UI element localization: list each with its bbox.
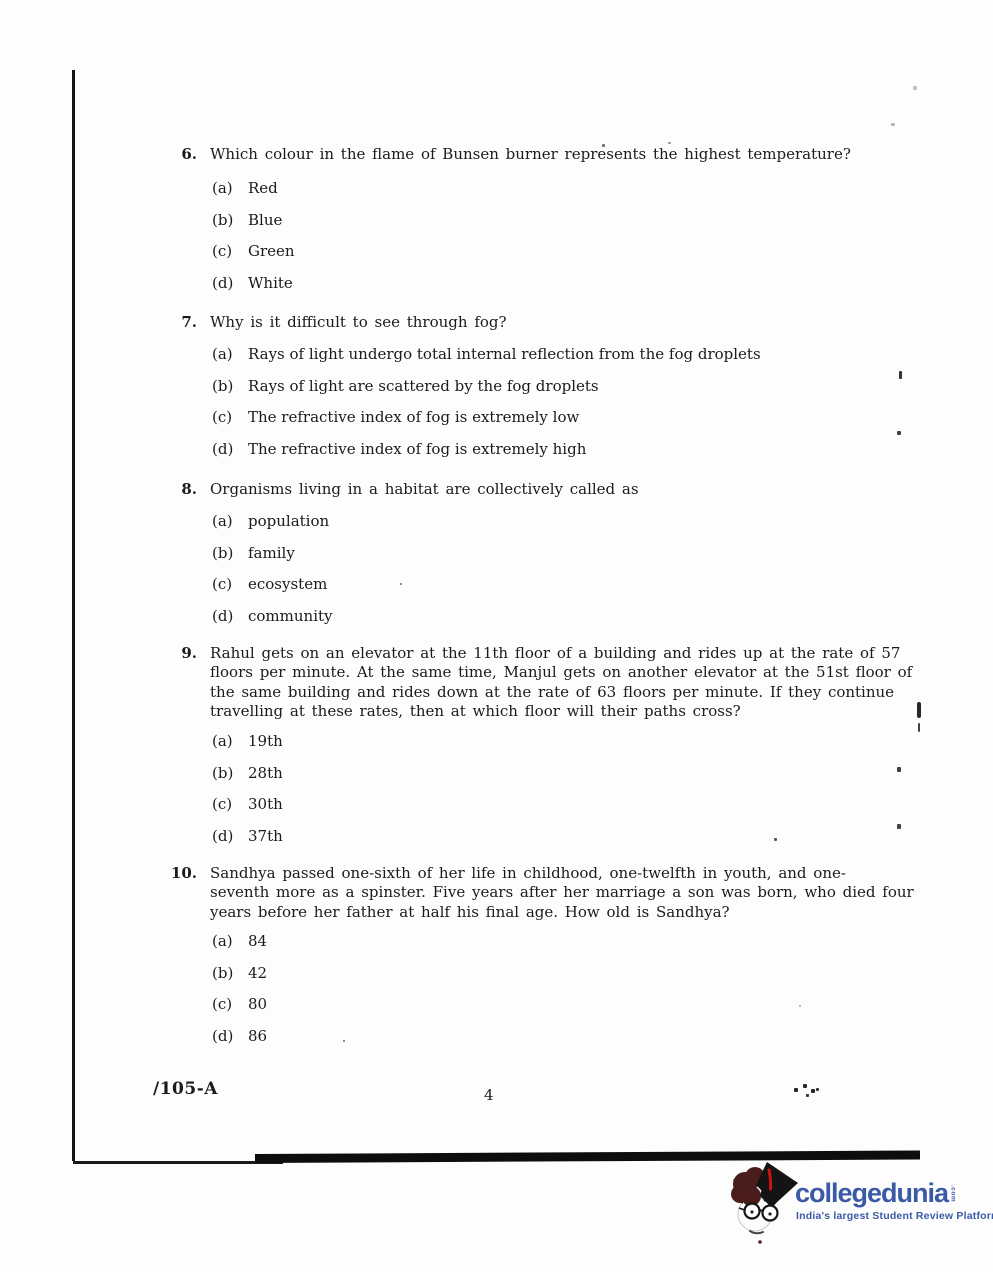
option-d: (d)community	[212, 607, 333, 639]
option-text: 28th	[248, 764, 283, 782]
option-text: community	[248, 607, 333, 625]
collegedunia-tagline: India's largest Student Review Platform	[796, 1210, 993, 1222]
option-b: (b)Blue	[212, 211, 295, 243]
question-number: 8.	[140, 480, 197, 499]
page-number: 4	[484, 1086, 494, 1104]
option-label: (d)	[212, 274, 248, 293]
option-b: (b)28th	[212, 764, 283, 796]
question-text: Sandhya passed one-sixth of her life in …	[210, 864, 830, 922]
option-label: (a)	[212, 512, 248, 531]
option-b: (b)42	[212, 964, 267, 996]
option-text: 37th	[248, 827, 283, 845]
option-text: Green	[248, 242, 295, 260]
option-label: (b)	[212, 544, 248, 563]
option-b: (b)family	[212, 544, 333, 576]
collegedunia-mascot-icon	[725, 1158, 805, 1258]
option-label: (a)	[212, 345, 248, 364]
option-d: (d)The refractive index of fog is extrem…	[212, 440, 761, 472]
option-label: (b)	[212, 211, 248, 230]
option-label: (c)	[212, 795, 248, 814]
option-a: (a)Red	[212, 179, 295, 211]
options-list: (a)19th (b)28th (c)30th (d)37th	[212, 732, 283, 858]
option-label: (a)	[212, 932, 248, 951]
option-label: (d)	[212, 440, 248, 459]
option-label: (c)	[212, 995, 248, 1014]
option-c: (c)ecosystem	[212, 575, 333, 607]
option-d: (d)37th	[212, 827, 283, 859]
option-c: (c)Green	[212, 242, 295, 274]
option-text: family	[248, 544, 295, 562]
option-a: (a)population	[212, 512, 333, 544]
options-list: (a)Rays of light undergo total internal …	[212, 345, 761, 471]
option-text: population	[248, 512, 329, 530]
option-text: 84	[248, 932, 267, 950]
question-number: 10.	[140, 864, 197, 883]
options-list: (a)population (b)family (c)ecosystem (d)…	[212, 512, 333, 638]
option-label: (d)	[212, 827, 248, 846]
option-c: (c)The refractive index of fog is extrem…	[212, 408, 761, 440]
option-a: (a)84	[212, 932, 267, 964]
option-text: White	[248, 274, 293, 292]
question-text: Rahul gets on an elevator at the 11th fl…	[210, 644, 830, 721]
option-text: The refractive index of fog is extremely…	[248, 408, 579, 426]
options-list: (a)Red (b)Blue (c)Green (d)White	[212, 179, 295, 305]
option-label: (b)	[212, 964, 248, 983]
option-label: (a)	[212, 732, 248, 751]
booklet-code: /105-A	[153, 1079, 218, 1099]
option-label: (d)	[212, 1027, 248, 1046]
option-text: The refractive index of fog is extremely…	[248, 440, 586, 458]
option-text: Rays of light are scattered by the fog d…	[248, 377, 599, 395]
question-number: 6.	[140, 145, 197, 164]
option-text: Blue	[248, 211, 282, 229]
option-d: (d)86	[212, 1027, 267, 1059]
bottom-page-edge-thin	[73, 1161, 283, 1164]
option-label: (c)	[212, 242, 248, 261]
option-text: 80	[248, 995, 267, 1013]
option-c: (c)30th	[212, 795, 283, 827]
option-text: Red	[248, 179, 278, 197]
left-margin-rule	[72, 70, 75, 1161]
option-a: (a)19th	[212, 732, 283, 764]
collegedunia-logo: collegedunia .com India's largest Studen…	[725, 1158, 975, 1248]
question-number: 7.	[140, 313, 197, 332]
option-text: Rays of light undergo total internal ref…	[248, 345, 761, 363]
option-label: (b)	[212, 764, 248, 783]
option-text: 30th	[248, 795, 283, 813]
scanned-question-paper-page: 6. Which colour in the flame of Bunsen b…	[0, 0, 993, 1272]
collegedunia-tld: .com	[949, 1185, 956, 1202]
option-label: (b)	[212, 377, 248, 396]
option-label: (d)	[212, 607, 248, 626]
option-b: (b)Rays of light are scattered by the fo…	[212, 377, 761, 409]
options-list: (a)84 (b)42 (c)80 (d)86	[212, 932, 267, 1058]
question-text: Which colour in the flame of Bunsen burn…	[210, 145, 830, 164]
question-text: Why is it difficult to see through fog?	[210, 313, 830, 332]
question-text: Organisms living in a habitat are collec…	[210, 480, 830, 499]
option-label: (a)	[212, 179, 248, 198]
question-number: 9.	[140, 644, 197, 663]
option-c: (c)80	[212, 995, 267, 1027]
option-label: (c)	[212, 575, 248, 594]
option-d: (d)White	[212, 274, 295, 306]
option-text: ecosystem	[248, 575, 327, 593]
option-a: (a)Rays of light undergo total internal …	[212, 345, 761, 377]
collegedunia-wordmark: collegedunia	[795, 1180, 948, 1207]
option-text: 86	[248, 1027, 267, 1045]
option-label: (c)	[212, 408, 248, 427]
option-text: 19th	[248, 732, 283, 750]
option-text: 42	[248, 964, 267, 982]
